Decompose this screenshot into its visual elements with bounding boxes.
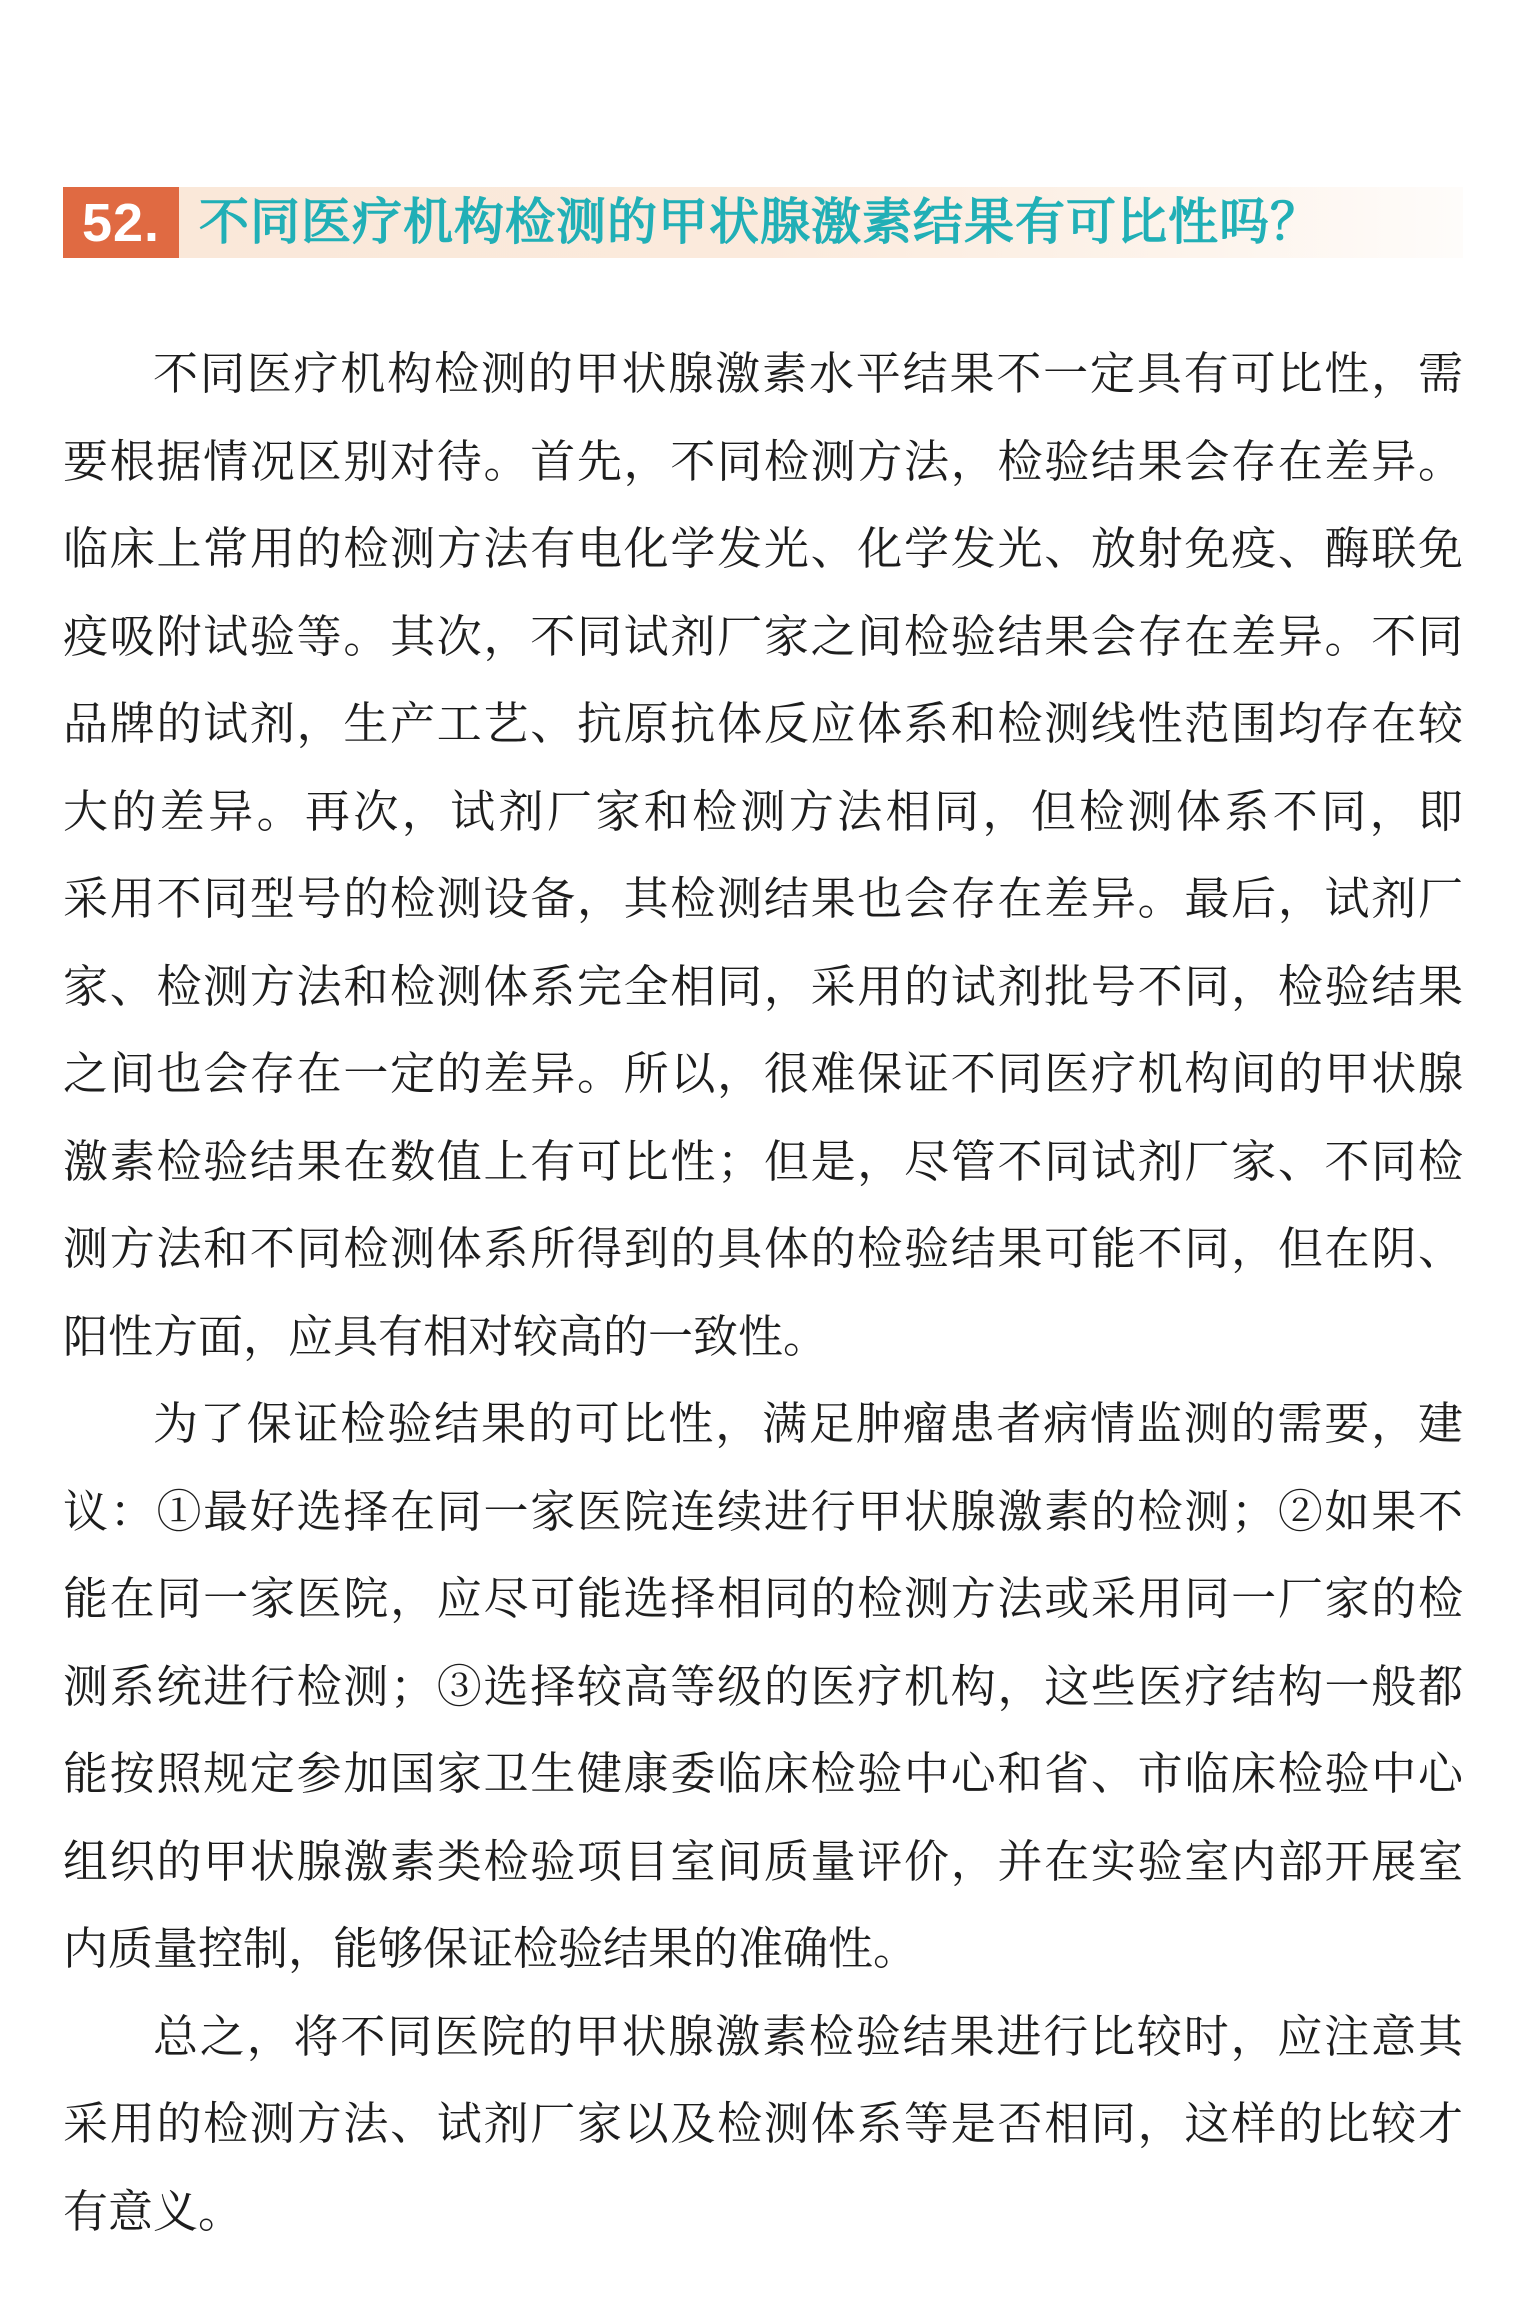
text-line: 组织的甲状腺激素类检验项目室间质量评价，并在实验室内部开展室 — [63, 1819, 1463, 1907]
text-line: 大的差异。再次，试剂厂家和检测方法相同，但检测体系不同，即 — [63, 769, 1463, 857]
text-line: 疫吸附试验等。其次，不同试剂厂家之间检验结果会存在差异。不同 — [63, 594, 1463, 682]
text-line: 要根据情况区别对待。首先，不同检测方法，检验结果会存在差异。 — [63, 419, 1463, 507]
text-line: 为了保证检验结果的可比性，满足肿瘤患者病情监测的需要，建 — [63, 1381, 1463, 1469]
text-line: 品牌的试剂，生产工艺、抗原抗体反应体系和检测线性范围均存在较 — [63, 681, 1463, 769]
question-header: 52. 不同医疗机构检测的甲状腺激素结果有可比性吗？ — [63, 187, 1463, 258]
article-body: 不同医疗机构检测的甲状腺激素水平结果不一定具有可比性，需要根据情况区别对待。首先… — [63, 331, 1463, 2256]
question-title: 不同医疗机构检测的甲状腺激素结果有可比性吗？ — [179, 187, 1463, 258]
text-line: 临床上常用的检测方法有电化学发光、化学发光、放射免疫、酶联免 — [63, 506, 1463, 594]
text-line: 不同医疗机构检测的甲状腺激素水平结果不一定具有可比性，需 — [63, 331, 1463, 419]
text-line: 能在同一家医院，应尽可能选择相同的检测方法或采用同一厂家的检 — [63, 1556, 1463, 1644]
text-line: 测系统进行检测；③选择较高等级的医疗机构，这些医疗结构一般都 — [63, 1644, 1463, 1732]
text-line: 总之，将不同医院的甲状腺激素检验结果进行比较时，应注意其 — [63, 1994, 1463, 2082]
text-line: 采用不同型号的检测设备，其检测结果也会存在差异。最后，试剂厂 — [63, 856, 1463, 944]
text-line: 能按照规定参加国家卫生健康委临床检验中心和省、市临床检验中心 — [63, 1731, 1463, 1819]
text-line: 激素检验结果在数值上有可比性；但是，尽管不同试剂厂家、不同检 — [63, 1119, 1463, 1207]
text-line: 有意义。 — [63, 2169, 1463, 2257]
text-line: 家、检测方法和检测体系完全相同，采用的试剂批号不同，检验结果 — [63, 944, 1463, 1032]
text-line: 之间也会存在一定的差异。所以，很难保证不同医疗机构间的甲状腺 — [63, 1031, 1463, 1119]
question-number-badge: 52. — [63, 187, 179, 258]
text-line: 内质量控制，能够保证检验结果的准确性。 — [63, 1906, 1463, 1994]
text-line: 测方法和不同检测体系所得到的具体的检验结果可能不同，但在阴、 — [63, 1206, 1463, 1294]
text-line: 阳性方面，应具有相对较高的一致性。 — [63, 1294, 1463, 1382]
text-line: 采用的检测方法、试剂厂家以及检测体系等是否相同，这样的比较才 — [63, 2081, 1463, 2169]
text-line: 议：①最好选择在同一家医院连续进行甲状腺激素的检测；②如果不 — [63, 1469, 1463, 1557]
